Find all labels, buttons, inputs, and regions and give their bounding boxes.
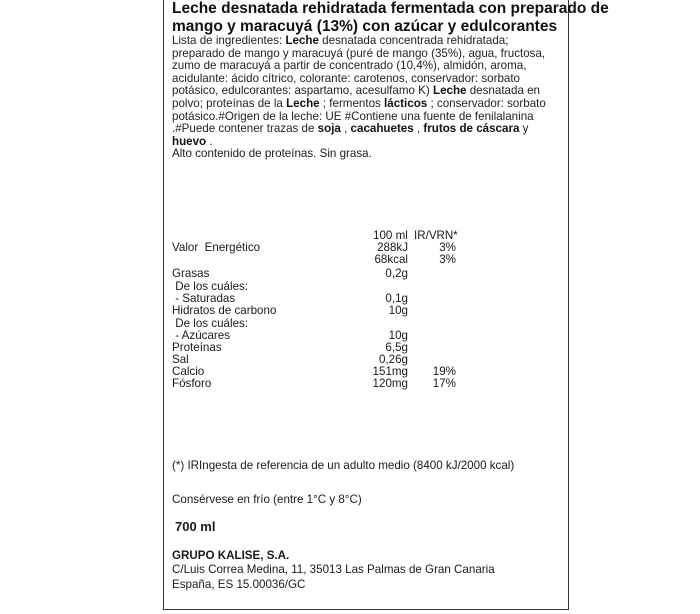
ingredient-text: ; fermentos: [320, 97, 384, 110]
allergen-highlight: cacahuetes: [351, 122, 414, 135]
manufacturer-country: España, ES 15.00036/GC: [172, 578, 305, 591]
ingredient-text: .: [206, 135, 212, 148]
ingredient-text: ,: [414, 122, 424, 135]
nutrient-value: 10g: [328, 305, 408, 317]
manufacturer-name: GRUPO KALISE, S.A.: [172, 549, 289, 562]
nutrient-name: Hidratos de carbono: [172, 305, 276, 317]
allergen-highlight: soja: [318, 122, 341, 135]
nutrient-value: 68kcal: [328, 254, 408, 266]
manufacturer-address: C/Luis Correa Medina, 11, 35013 Las Palm…: [172, 563, 495, 576]
nutrient-name: Fósforo: [172, 378, 211, 390]
nutrient-name: Valor Energético: [172, 242, 260, 254]
product-title-line1: Leche desnatada rehidratada fermentada c…: [172, 0, 609, 18]
allergen-highlight: Leche: [433, 84, 467, 97]
ingredient-text: Lista de ingredientes:: [172, 34, 285, 47]
storage-instructions: Consérvese en frío (entre 1°C y 8°C): [172, 493, 362, 506]
ingredients-list: Lista de ingredientes: Leche desnatada c…: [172, 35, 564, 148]
nutrient-name: Grasas: [172, 268, 209, 280]
nutrient-value: 0,2g: [328, 268, 408, 280]
net-volume: 700 ml: [175, 519, 215, 534]
allergen-highlight: huevo: [172, 135, 206, 148]
footnote: (*) IRIngesta de referencia de un adulto…: [172, 459, 514, 472]
allergen-highlight: Leche: [285, 34, 319, 47]
product-title: Leche desnatada rehidratada fermentada c…: [172, 0, 609, 36]
allergen-highlight: frutos de cáscara: [423, 122, 519, 135]
nutrient-value: 120mg: [328, 378, 408, 390]
nutrient-reference-intake: 17%: [416, 378, 456, 390]
allergen-highlight: lácticos: [384, 97, 427, 110]
ingredient-text: y: [519, 122, 528, 135]
nutrient-reference-intake: 3%: [416, 254, 456, 266]
ingredient-text: ,: [341, 122, 351, 135]
allergen-highlight: Leche: [286, 97, 320, 110]
nutrition-claim: Alto contenido de proteínas. Sin grasa.: [172, 147, 372, 160]
